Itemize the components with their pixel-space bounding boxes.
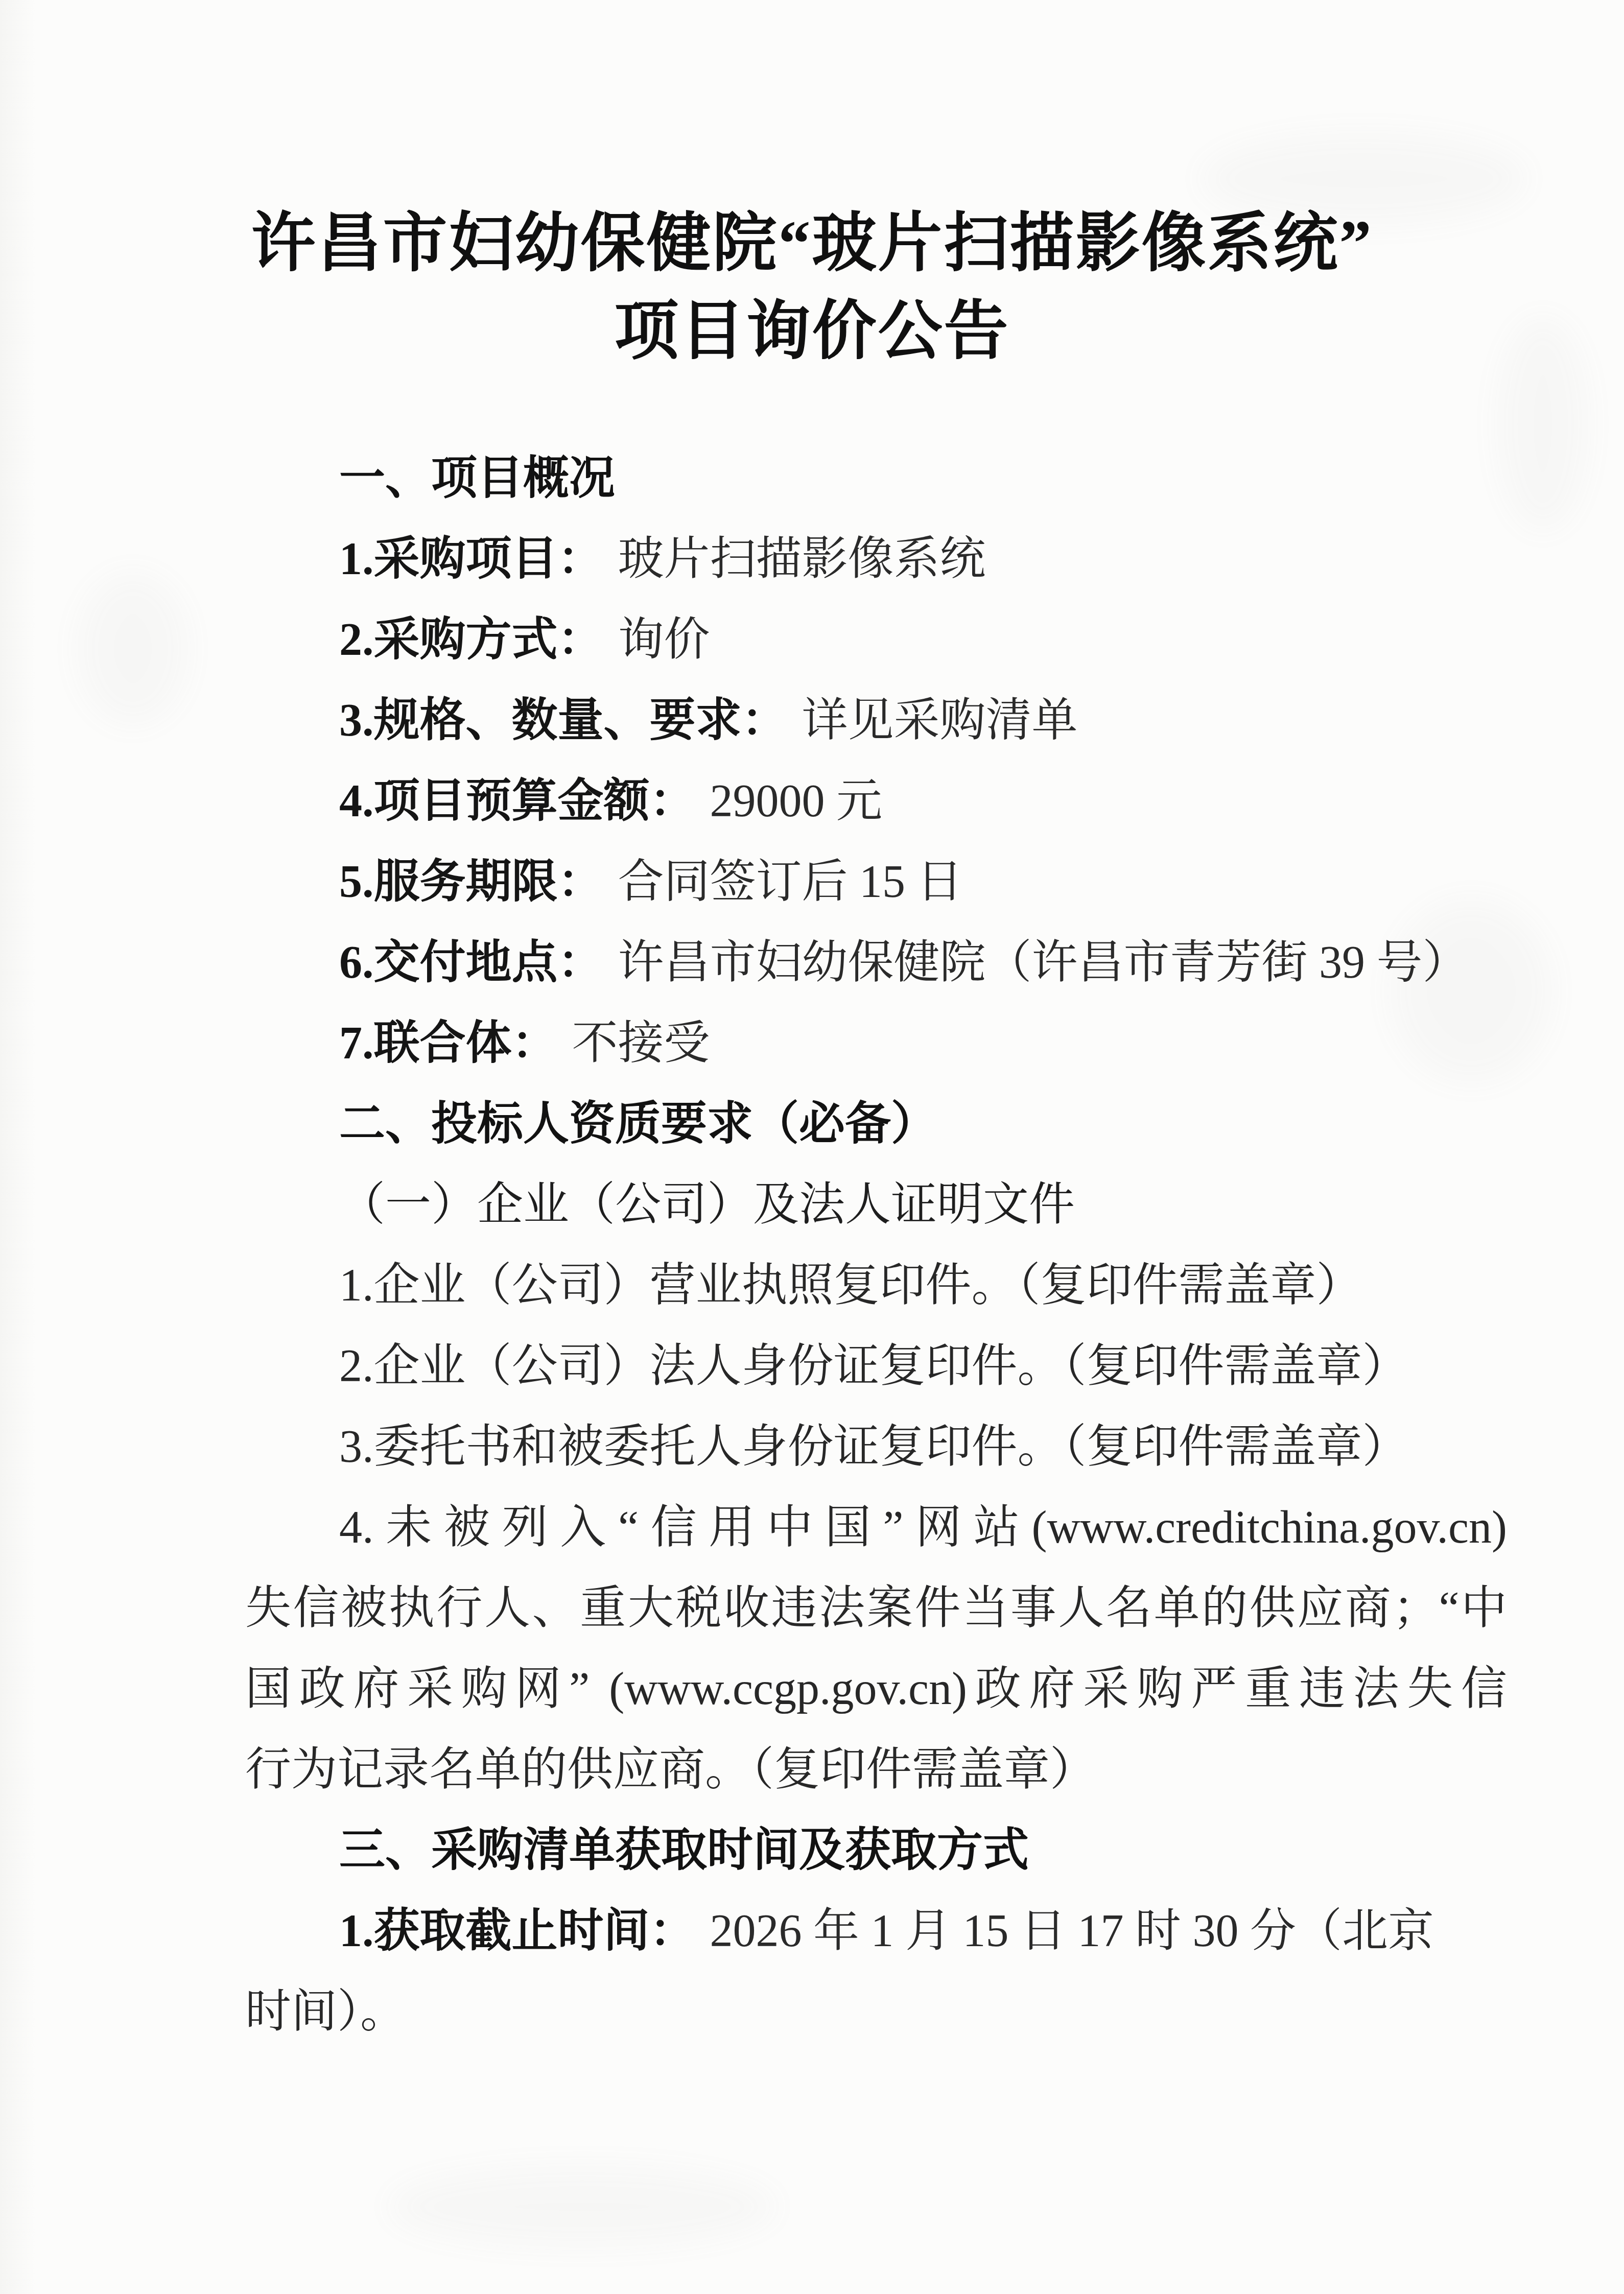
list-item-credit-china-line4: 行为记录名单的供应商。（复印件需盖章） bbox=[245, 1730, 1507, 1810]
item-value: 不接受 bbox=[572, 1018, 710, 1069]
list-item-credit-china-line1: 4.未被列入“信用中国”网站(www.creditchina.gov.cn) bbox=[245, 1487, 1507, 1568]
list-item-service-term: 5.服务期限：合同签订后 15 日 bbox=[245, 842, 1507, 923]
section3-heading: 三、采购清单获取时间及获取方式 bbox=[245, 1810, 1507, 1891]
section1-heading: 一、项目概况 bbox=[245, 438, 1507, 519]
item-value: 29000 元 bbox=[710, 776, 883, 826]
item-label: 5.服务期限： bbox=[339, 857, 604, 907]
item-label: 7.联合体： bbox=[339, 1018, 558, 1069]
document-title-line1: 许昌市妇幼保健院“玻片扫描影像系统” bbox=[0, 200, 1624, 288]
item-value: 玻片扫描影像系统 bbox=[618, 534, 986, 584]
item-label: 4.项目预算金额： bbox=[339, 776, 696, 826]
item-label: 1.获取截止时间： bbox=[339, 1906, 696, 1956]
item-value: 2026 年 1 月 15 日 17 时 30 分（北京 bbox=[710, 1906, 1434, 1956]
scanned-document-page: 许昌市妇幼保健院“玻片扫描影像系统” 项目询价公告 一、项目概况 1.采购项目：… bbox=[0, 0, 1624, 2294]
list-item-consortium: 7.联合体：不接受 bbox=[245, 1003, 1507, 1084]
item-value: 询价 bbox=[618, 614, 710, 665]
document-title-line2: 项目询价公告 bbox=[0, 288, 1624, 376]
item-value: 合同签订后 15 日 bbox=[618, 857, 963, 907]
list-item-deadline-line2: 时间）。 bbox=[245, 1972, 1507, 2052]
document-body: 一、项目概况 1.采购项目：玻片扫描影像系统 2.采购方式：询价 3.规格、数量… bbox=[245, 438, 1507, 2052]
list-item-budget: 4.项目预算金额：29000 元 bbox=[245, 761, 1507, 842]
scan-artifact bbox=[77, 572, 189, 725]
list-item-credit-china-line2: 失信被执行人、重大税收违法案件当事人名单的供应商；“中 bbox=[245, 1568, 1507, 1649]
list-item-spec-quantity: 3.规格、数量、要求：详见采购清单 bbox=[245, 680, 1507, 761]
list-item-proxy-id: 3.委托书和被委托人身份证复印件。（复印件需盖章） bbox=[245, 1407, 1507, 1487]
list-item-purchase-method: 2.采购方式：询价 bbox=[245, 600, 1507, 680]
list-item-purchase-project: 1.采购项目：玻片扫描影像系统 bbox=[245, 519, 1507, 600]
item-value: 详见采购清单 bbox=[802, 695, 1078, 746]
list-item-credit-china-line3: 国政府采购网” (www.ccgp.gov.cn)政府采购严重违法失信 bbox=[245, 1649, 1507, 1730]
section2-heading: 二、投标人资质要求（必备） bbox=[245, 1084, 1507, 1165]
item-label: 1.采购项目： bbox=[339, 534, 604, 584]
section2-subheading: （一）企业（公司）及法人证明文件 bbox=[245, 1165, 1507, 1245]
item-label: 3.规格、数量、要求： bbox=[339, 695, 788, 746]
scan-artifact bbox=[388, 2166, 776, 2248]
list-item-deadline-line1: 1.获取截止时间：2026 年 1 月 15 日 17 时 30 分（北京 bbox=[245, 1891, 1507, 1972]
list-item-legal-person-id: 2.企业（公司）法人身份证复印件。（复印件需盖章） bbox=[245, 1326, 1507, 1407]
item-label: 2.采购方式： bbox=[339, 614, 604, 665]
list-item-business-license: 1.企业（公司）营业执照复印件。（复印件需盖章） bbox=[245, 1245, 1507, 1326]
list-item-delivery-place: 6.交付地点：许昌市妇幼保健院（许昌市青芳街 39 号） bbox=[245, 923, 1507, 1003]
item-label: 6.交付地点： bbox=[339, 937, 604, 988]
item-value: 许昌市妇幼保健院（许昌市青芳街 39 号） bbox=[618, 937, 1469, 988]
document-title: 许昌市妇幼保健院“玻片扫描影像系统” 项目询价公告 bbox=[0, 200, 1624, 376]
